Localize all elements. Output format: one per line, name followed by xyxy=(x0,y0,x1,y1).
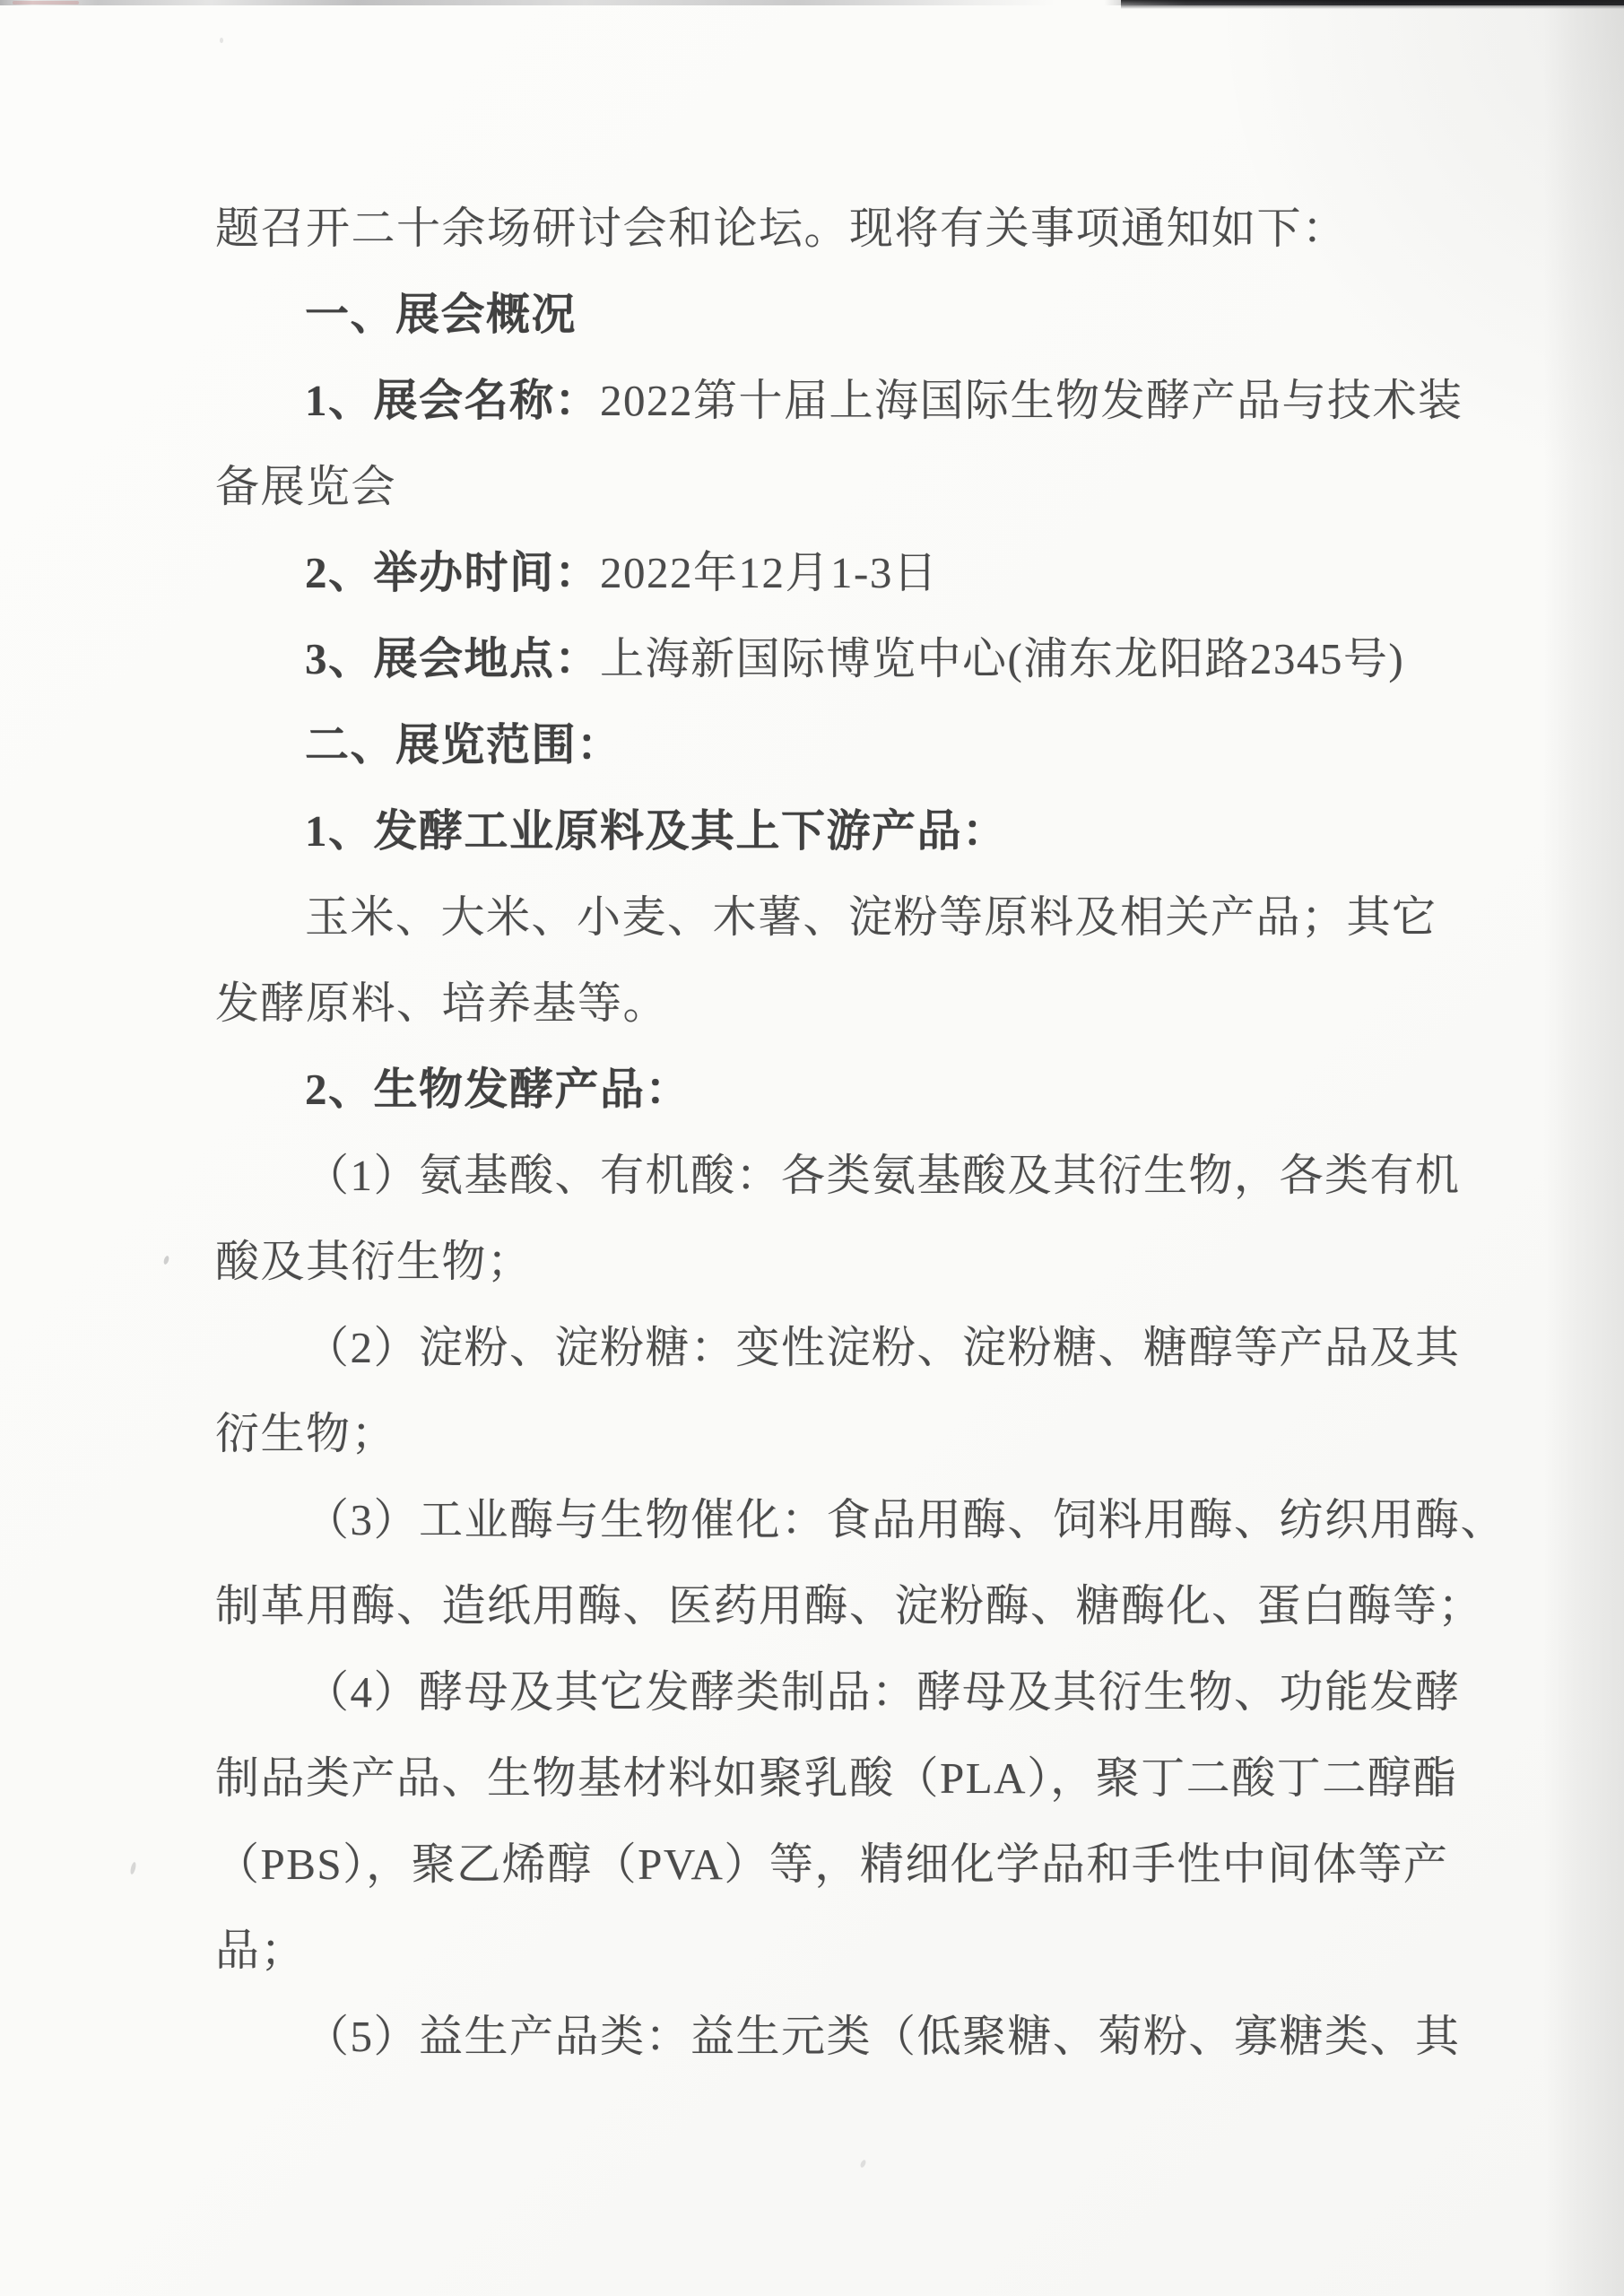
text-line: 2、生物发酵产品： xyxy=(215,1047,1498,1133)
line-bold-label: 2、生物发酵产品： xyxy=(305,1065,690,1114)
text-line: 酸及其衍生物； xyxy=(215,1219,1498,1305)
line-text: （2）淀粉、淀粉糖：变性淀粉、淀粉糖、糖醇等产品及其 xyxy=(305,1323,1461,1372)
line-text: 发酵原料、培养基等。 xyxy=(215,978,668,1028)
scan-speck xyxy=(163,1255,170,1265)
scan-speck xyxy=(220,38,223,43)
line-text: （5）益生产品类：益生元类（低聚糖、菊粉、寡糖类、其 xyxy=(305,2012,1461,2061)
scan-red-mark xyxy=(13,1,79,4)
document-page: 题召开二十余场研讨会和论坛。现将有关事项通知如下：一、展会概况1、展会名称：20… xyxy=(0,0,1624,2296)
text-line: 备展览会 xyxy=(215,444,1498,530)
line-text: 备展览会 xyxy=(215,462,396,511)
text-line: 二、展览范围： xyxy=(215,702,1498,788)
line-text: （1）氨基酸、有机酸：各类氨基酸及其衍生物，各类有机 xyxy=(305,1151,1461,1200)
text-line: 3、展会地点：上海新国际博览中心(浦东龙阳路2345号) xyxy=(215,616,1498,702)
text-line: 1、发酵工业原料及其上下游产品： xyxy=(215,788,1498,874)
line-text: 制品类产品、生物基材料如聚乳酸（PLA），聚丁二酸丁二醇酯 xyxy=(215,1753,1458,1803)
line-text: （4）酵母及其它发酵类制品：酵母及其衍生物、功能发酵 xyxy=(305,1667,1461,1717)
line-text: 衍生物； xyxy=(215,1409,396,1458)
text-line: （5）益生产品类：益生元类（低聚糖、菊粉、寡糖类、其 xyxy=(215,1994,1498,2080)
text-line: （3）工业酶与生物催化：食品用酶、饲料用酶、纺织用酶、 xyxy=(215,1477,1498,1563)
scan-speck xyxy=(859,2159,866,2168)
text-line: 衍生物； xyxy=(215,1391,1498,1477)
scan-speck xyxy=(129,1862,136,1875)
text-line: 品； xyxy=(215,1908,1498,1994)
line-text: （PBS），聚乙烯醇（PVA）等，精细化学品和手性中间体等产 xyxy=(215,1839,1448,1889)
line-text: （3）工业酶与生物催化：食品用酶、饲料用酶、纺织用酶、 xyxy=(305,1495,1506,1544)
document-lines: 题召开二十余场研讨会和论坛。现将有关事项通知如下：一、展会概况1、展会名称：20… xyxy=(215,186,1498,2080)
line-text: 2022第十届上海国际生物发酵产品与技术装 xyxy=(600,376,1463,425)
text-line: 题召开二十余场研讨会和论坛。现将有关事项通知如下： xyxy=(215,186,1498,272)
line-bold-label: 1、发酵工业原料及其上下游产品： xyxy=(305,806,1008,856)
text-line: （4）酵母及其它发酵类制品：酵母及其衍生物、功能发酵 xyxy=(215,1649,1498,1735)
line-text: 上海新国际博览中心(浦东龙阳路2345号) xyxy=(600,634,1404,683)
text-line: （2）淀粉、淀粉糖：变性淀粉、淀粉糖、糖醇等产品及其 xyxy=(215,1305,1498,1391)
line-text: 品； xyxy=(215,1926,306,1975)
text-line: 一、展会概况 xyxy=(215,272,1498,358)
line-bold-label: 3、展会地点： xyxy=(305,634,600,683)
text-line: 2、举办时间：2022年12月1-3日 xyxy=(215,530,1498,616)
text-line: 玉米、大米、小麦、木薯、淀粉等原料及相关产品；其它 xyxy=(215,874,1498,961)
text-line: （PBS），聚乙烯醇（PVA）等，精细化学品和手性中间体等产 xyxy=(215,1822,1498,1908)
line-bold-label: 一、展会概况 xyxy=(305,290,577,339)
line-text: 制革用酶、造纸用酶、医药用酶、淀粉酶、糖酶化、蛋白酶等； xyxy=(215,1581,1483,1631)
line-bold-label: 2、举办时间： xyxy=(305,548,600,597)
text-line: （1）氨基酸、有机酸：各类氨基酸及其衍生物，各类有机 xyxy=(215,1133,1498,1219)
line-bold-label: 1、展会名称： xyxy=(305,376,600,425)
line-bold-label: 二、展览范围： xyxy=(305,720,622,770)
text-line: 发酵原料、培养基等。 xyxy=(215,961,1498,1047)
text-line: 制品类产品、生物基材料如聚乳酸（PLA），聚丁二酸丁二醇酯 xyxy=(215,1735,1498,1822)
line-text: 题召开二十余场研讨会和论坛。现将有关事项通知如下： xyxy=(215,204,1348,253)
line-text: 2022年12月1-3日 xyxy=(600,548,938,597)
line-text: 酸及其衍生物； xyxy=(215,1237,533,1286)
line-text: 玉米、大米、小麦、木薯、淀粉等原料及相关产品；其它 xyxy=(305,892,1437,942)
text-line: 制革用酶、造纸用酶、医药用酶、淀粉酶、糖酶化、蛋白酶等； xyxy=(215,1563,1498,1649)
text-line: 1、展会名称：2022第十届上海国际生物发酵产品与技术装 xyxy=(215,358,1498,444)
